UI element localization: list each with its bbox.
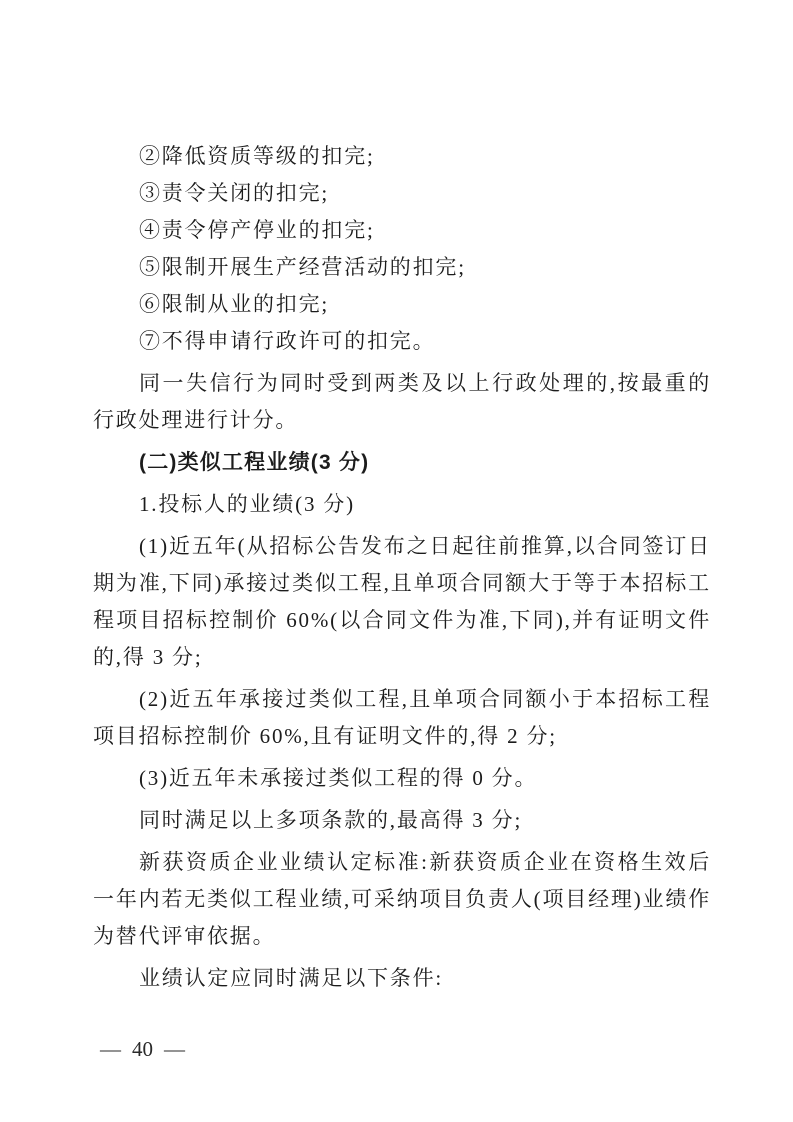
clause-item-7: ⑦不得申请行政许可的扣完。 (93, 323, 711, 360)
paragraph-score-2: (2)近五年承接过类似工程,且单项合同额小于本招标工程项目招标控制价 60%,且… (93, 681, 711, 755)
page-footer: — 40 — (100, 1037, 185, 1062)
paragraph-new-enterprise: 新获资质企业业绩认定标准:新获资质企业在资格生效后一年内若无类似工程业绩,可采纳… (93, 844, 711, 955)
footer-dash-left: — (100, 1037, 121, 1062)
paragraph-score-1: (1)近五年(从招标公告发布之日起往前推算,以合同签订日期为准,下同)承接过类似… (93, 528, 711, 676)
document-page: ②降低资质等级的扣完; ③责令关闭的扣完; ④责令停产停业的扣完; ⑤限制开展生… (0, 0, 793, 1122)
paragraph-max-score: 同时满足以上多项条款的,最高得 3 分; (93, 802, 711, 839)
paragraph-score-3: (3)近五年未承接过类似工程的得 0 分。 (93, 760, 711, 797)
footer-dash-right: — (164, 1037, 185, 1062)
clause-item-4: ④责令停产停业的扣完; (93, 212, 711, 249)
paragraph-combined-penalty: 同一失信行为同时受到两类及以上行政处理的,按最重的行政处理进行计分。 (93, 365, 711, 439)
paragraph-conditions-intro: 业绩认定应同时满足以下条件: (93, 960, 711, 997)
clause-item-2: ②降低资质等级的扣完; (93, 138, 711, 175)
section-heading: (二)类似工程业绩(3 分) (93, 444, 711, 481)
subsection-heading: 1.投标人的业绩(3 分) (93, 486, 711, 523)
clause-item-5: ⑤限制开展生产经营活动的扣完; (93, 249, 711, 286)
page-content: ②降低资质等级的扣完; ③责令关闭的扣完; ④责令停产停业的扣完; ⑤限制开展生… (93, 138, 711, 997)
clause-item-6: ⑥限制从业的扣完; (93, 286, 711, 323)
page-number: 40 (132, 1037, 153, 1062)
clause-item-3: ③责令关闭的扣完; (93, 175, 711, 212)
